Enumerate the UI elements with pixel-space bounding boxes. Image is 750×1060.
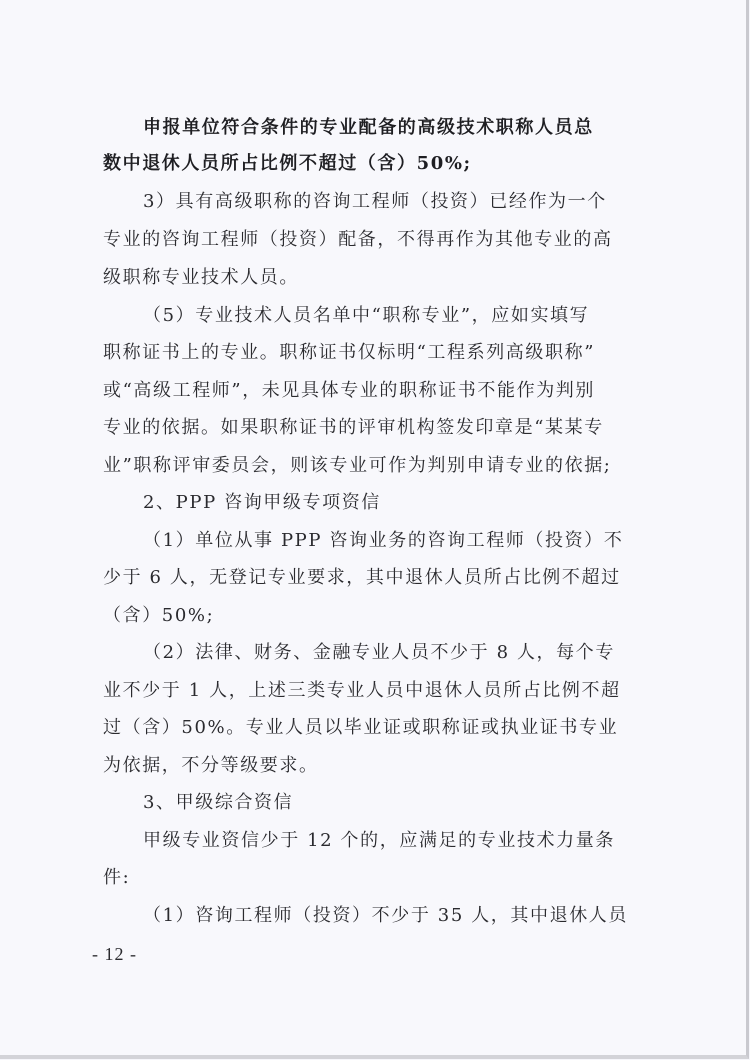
text-line: （1）咨询工程师（投资）不少于 35 人，其中退休人员 [143, 904, 628, 928]
text-line: 申报单位符合条件的专业配备的高级技术职称人员总 [143, 116, 594, 140]
text-line: （1）单位从事 PPP 咨询业务的咨询工程师（投资）不 [143, 529, 623, 553]
text-line: 级职称专业技术人员。 [103, 266, 299, 290]
section-heading: 3、甲级综合资信 [143, 791, 293, 815]
text-line: 件: [103, 866, 130, 890]
section-heading: 2、PPP 咨询甲级专项资信 [143, 491, 381, 515]
text-line: 过（含）50%。专业人员以毕业证或职称证或执业证书专业 [103, 716, 618, 740]
text-line: （2）法律、财务、金融专业人员不少于 8 人，每个专 [143, 641, 615, 665]
document-page: 申报单位符合条件的专业配备的高级技术职称人员总 数中退休人员所占比例不超过（含）… [0, 0, 749, 1059]
text-line: 职称证书上的专业。职称证书仅标明“工程系列高级职称” [103, 341, 595, 365]
text-line: 数中退休人员所占比例不超过（含）50%; [103, 152, 472, 176]
text-line: 为依据，不分等级要求。 [103, 754, 319, 778]
text-line: 或“高级工程师”，未见具体专业的职称证书不能作为判别 [103, 379, 595, 403]
text-line: 业不少于 1 人，上述三类专业人员中退休人员所占比例不超 [103, 679, 621, 703]
text-line: 少于 6 人，无登记专业要求，其中退休人员所占比例不超过 [103, 566, 621, 590]
text-line: 专业的咨询工程师（投资）配备，不得再作为其他专业的高 [103, 228, 613, 252]
text-line: 专业的依据。如果职称证书的评审机构签发印章是“某某专 [103, 416, 604, 440]
text-line: 业”职称评审委员会，则该专业可作为判别申请专业的依据; [103, 454, 611, 478]
text-line: （含）50%; [103, 604, 214, 628]
text-line: （5）专业技术人员名单中“职称专业”，应如实填写 [143, 304, 589, 328]
page-number: - 12 - [92, 944, 137, 965]
text-line: 甲级专业资信少于 12 个的，应满足的专业技术力量条 [143, 829, 615, 853]
text-line: 3）具有高级职称的咨询工程师（投资）已经作为一个 [143, 190, 607, 214]
